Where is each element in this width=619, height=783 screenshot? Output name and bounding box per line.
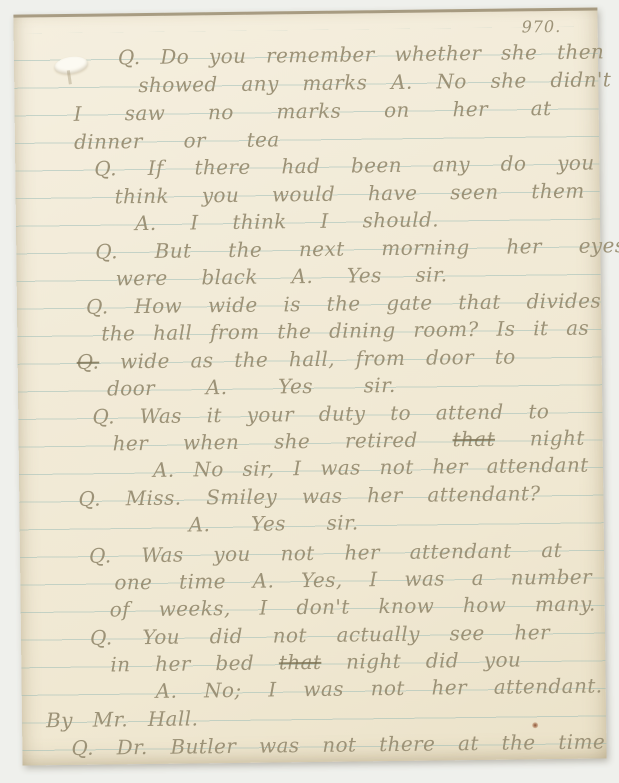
handwritten-line: A. Yes sir. (189, 509, 359, 538)
handwritten-text: of weeks, I don't know how many. (110, 592, 596, 622)
handwritten-line: Q. wide as the hall, from door to (77, 343, 516, 375)
handwritten-text: Q. Do you remember whether she then (118, 39, 605, 69)
handwritten-text: A. No sir, I was not her attendant (153, 453, 589, 482)
handwritten-text: A. I think I should. (135, 207, 439, 235)
handwritten-text: door A. Yes sir. (107, 373, 396, 401)
handwritten-line: dinner or tea (74, 126, 280, 156)
handwritten-text: were black A. Yes sir. (116, 262, 448, 290)
handwritten-text: think you would have seen them (115, 179, 585, 209)
handwritten-line: think you would have seen them (115, 178, 585, 211)
handwritten-text: Q. If there had been any do you (94, 151, 595, 181)
handwritten-line: A. No; I was not her attendant. (156, 672, 603, 704)
handwritten-line: door A. Yes sir. (107, 372, 396, 403)
handwritten-line: A. No sir, I was not her attendant (153, 452, 589, 484)
handwritten-text: wide as the hall, from door to (120, 344, 516, 373)
handwritten-text: night (530, 426, 585, 451)
manuscript-page: 970. Q. Do you remember whether she then… (13, 7, 606, 765)
handwritten-text: Q. Miss. Smiley was her attendant? (78, 481, 540, 511)
handwritten-line: Q. But the next morning her eyes (95, 232, 619, 265)
handwritten-text: A. No; I was not her attendant. (156, 673, 603, 702)
handwritten-lines: Q. Do you remember whether she thenshowe… (13, 10, 597, 17)
handwritten-text: the hall from the dining room? Is it as (101, 316, 589, 346)
handwritten-text: I saw no marks on her at (74, 96, 552, 126)
handwritten-text: dinner or tea (74, 127, 280, 154)
handwritten-text: one time A. Yes, I was a number (114, 565, 592, 595)
handwritten-text: night did you (346, 647, 521, 673)
handwritten-text: Q. You did not actually see her (90, 620, 550, 650)
handwritten-text: her when she retired (113, 428, 418, 456)
stain-artifact (532, 722, 538, 728)
handwritten-line: By Mr. Hall. (46, 705, 199, 734)
handwritten-line: the hall from the dining room? Is it as (101, 315, 589, 348)
handwritten-text: Q. But the next morning her eyes (95, 233, 619, 263)
handwritten-line: were black A. Yes sir. (116, 261, 448, 292)
handwritten-text: showed any marks A. No she didn't (138, 67, 611, 97)
struck-text: that (452, 427, 495, 452)
struck-text: Q. (77, 350, 100, 374)
paper-hole-artifact (53, 54, 89, 76)
handwritten-text: By Mr. Hall. (46, 706, 199, 732)
handwritten-text: Q. Was you not her attendant at (89, 538, 562, 568)
handwritten-line: Q. Miss. Smiley was her attendant? (78, 480, 540, 513)
handwritten-line: I saw no marks on her at (73, 95, 551, 128)
handwritten-line: A. I think I should. (135, 206, 439, 237)
handwritten-text: Q. Was it your duty to attend to (92, 399, 549, 429)
handwritten-line: Q. Dr. Butler was not there at the time (71, 728, 605, 762)
scan-background: 970. Q. Do you remember whether she then… (0, 0, 619, 783)
handwritten-text: in her bed (110, 651, 254, 677)
page-number: 970. (522, 17, 562, 36)
handwritten-text: A. Yes sir. (189, 510, 359, 536)
handwritten-text: Q. Dr. Butler was not there at the time (71, 729, 605, 760)
struck-text: that (279, 650, 322, 675)
handwritten-text: Q. How wide is the gate that divides (86, 288, 601, 318)
